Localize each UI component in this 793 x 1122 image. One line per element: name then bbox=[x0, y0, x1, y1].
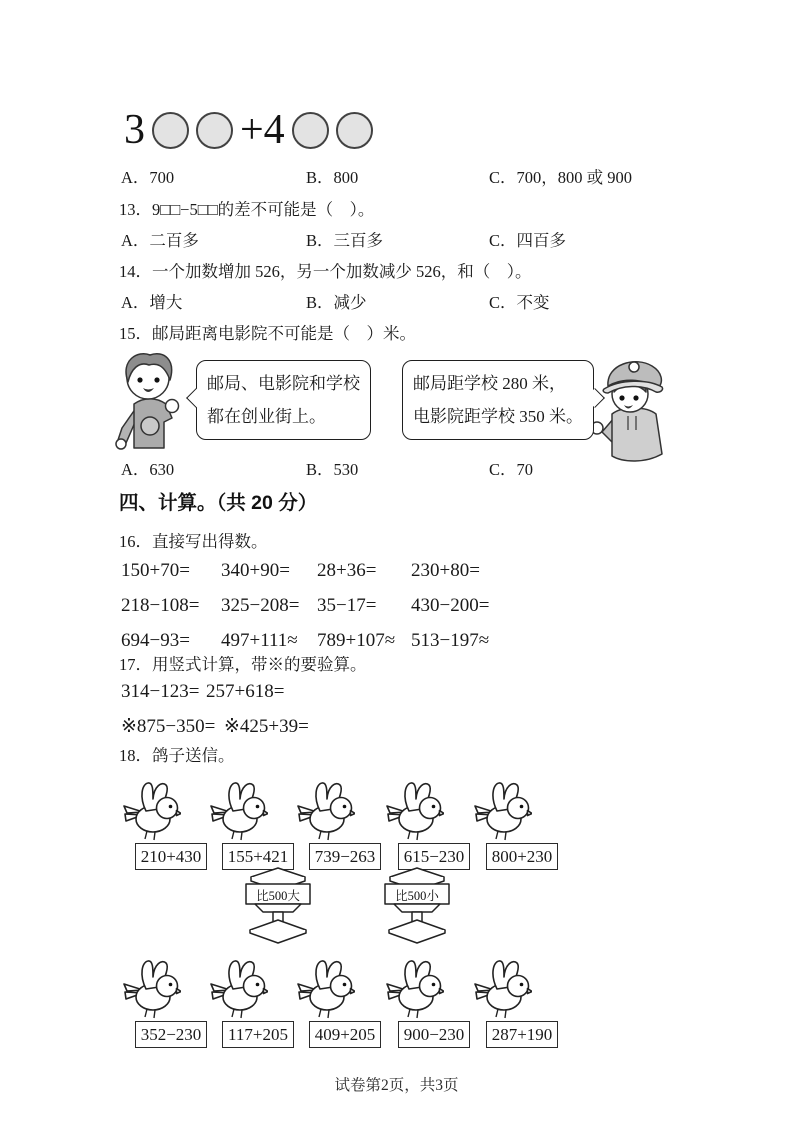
calc-item: 257+618= bbox=[206, 681, 284, 703]
pigeon-icon bbox=[121, 779, 181, 843]
question-14: 14．一个加数增加 526，另一个加数减少 526，和（ ）。 bbox=[119, 258, 532, 282]
hidden-digit-circle bbox=[292, 112, 329, 149]
calc-item: 430−200= bbox=[411, 595, 489, 617]
calc-item: 35−17= bbox=[317, 595, 376, 617]
option-b: B．三百多 bbox=[306, 227, 383, 251]
expression-card: 900−230 bbox=[398, 1021, 470, 1048]
calc-item: 150+70= bbox=[121, 560, 190, 582]
bubble-left-line1: 邮局、电影院和学校 bbox=[207, 367, 360, 400]
q14-options-row: A．增大 B．减少 C．不变 bbox=[0, 289, 793, 311]
capped-kid-illustration bbox=[588, 352, 676, 468]
expression-card: 615−230 bbox=[398, 843, 470, 870]
calc-item: 497+111≈ bbox=[221, 630, 298, 652]
pigeon-icon bbox=[472, 957, 532, 1021]
page-footer: 试卷第2页，共3页 bbox=[0, 1073, 793, 1095]
q16-row-2: 218−108= 325−208= 35−17= 430−200= bbox=[0, 595, 793, 619]
hidden-digit-circle bbox=[196, 112, 233, 149]
expression-card: 409+205 bbox=[309, 1021, 381, 1048]
pigeon-icon bbox=[384, 957, 444, 1021]
calc-item: 325−208= bbox=[221, 595, 299, 617]
section-4-title: 四、计算。（共 20 分） bbox=[119, 487, 317, 515]
pigeon-icon bbox=[295, 779, 355, 843]
question-16: 16．直接写出得数。 bbox=[119, 528, 268, 552]
hidden-digit-circle bbox=[336, 112, 373, 149]
option-a: A．增大 bbox=[121, 289, 182, 313]
option-a: A．630 bbox=[121, 456, 174, 480]
calc-item: 218−108= bbox=[121, 595, 199, 617]
expression-card: 155+421 bbox=[222, 843, 294, 870]
calc-item: 230+80= bbox=[411, 560, 480, 582]
expression-card: 287+190 bbox=[486, 1021, 558, 1048]
expression-card: 739−263 bbox=[309, 843, 381, 870]
option-c: C．700，800 或 900 bbox=[489, 164, 632, 188]
calc-item: 694−93= bbox=[121, 630, 190, 652]
question-18: 18．鸽子送信。 bbox=[119, 742, 235, 766]
exam-page: 3 +4 A．700 B．800 C．700，800 或 900 13．9□□−… bbox=[0, 0, 793, 1122]
stand-label-less: 比500小 bbox=[385, 888, 449, 905]
question-13: 13．9□□−5□□的差不可能是（ ）。 bbox=[119, 196, 374, 220]
option-b: B．530 bbox=[306, 456, 358, 480]
expression-prefix: 3 bbox=[124, 104, 145, 156]
pigeon-icon bbox=[472, 779, 532, 843]
pigeon-icon bbox=[208, 957, 268, 1021]
calc-item: 513−197≈ bbox=[411, 630, 489, 652]
bubble-left-line2: 都在创业街上。 bbox=[207, 400, 360, 433]
mailbox-stand bbox=[383, 867, 451, 945]
boy-illustration bbox=[106, 350, 190, 454]
q15-options-row: A．630 B．530 C．70 bbox=[0, 456, 793, 478]
option-c: C．四百多 bbox=[489, 227, 566, 251]
calc-item: 314−123= bbox=[121, 681, 199, 703]
pigeon-icon bbox=[384, 779, 444, 843]
q13-options-row: A．二百多 B．三百多 C．四百多 bbox=[0, 227, 793, 249]
speech-bubble-left: 邮局、电影院和学校 都在创业街上。 bbox=[196, 360, 371, 440]
question-17: 17．用竖式计算，带※的要验算。 bbox=[119, 651, 367, 675]
hidden-digit-expression: 3 +4 bbox=[124, 104, 373, 156]
option-c: C．不变 bbox=[489, 289, 550, 313]
hidden-digit-circle bbox=[152, 112, 189, 149]
option-a: A．700 bbox=[121, 164, 174, 188]
calc-item: ※425+39= bbox=[224, 715, 309, 738]
q12-options-row: A．700 B．800 C．700，800 或 900 bbox=[0, 164, 793, 186]
option-b: B．减少 bbox=[306, 289, 367, 313]
q17-row-2: ※875−350= ※425+39= bbox=[0, 715, 793, 739]
bubble-right-line2: 电影院距学校 350 米。 bbox=[413, 400, 583, 433]
bubble-right-line1: 邮局距学校 280 米， bbox=[413, 367, 583, 400]
expression-card: 210+430 bbox=[135, 843, 207, 870]
option-b: B．800 bbox=[306, 164, 358, 188]
stand-label-greater: 比500大 bbox=[246, 888, 310, 905]
q16-row-1: 150+70= 340+90= 28+36= 230+80= bbox=[0, 560, 793, 584]
calc-item: 340+90= bbox=[221, 560, 290, 582]
expression-card: 800+230 bbox=[486, 843, 558, 870]
pigeon-icon bbox=[295, 957, 355, 1021]
option-a: A．二百多 bbox=[121, 227, 199, 251]
speech-bubble-right: 邮局距学校 280 米， 电影院距学校 350 米。 bbox=[402, 360, 594, 440]
option-c: C．70 bbox=[489, 456, 533, 480]
q17-row-1: 314−123= 257+618= bbox=[0, 681, 793, 705]
expression-mid: +4 bbox=[240, 104, 285, 156]
calc-item: 789+107≈ bbox=[317, 630, 395, 652]
mailbox-stand bbox=[244, 867, 312, 945]
expression-card: 117+205 bbox=[222, 1021, 294, 1048]
calc-item: ※875−350= bbox=[121, 715, 215, 738]
calc-item: 28+36= bbox=[317, 560, 376, 582]
pigeon-icon bbox=[208, 779, 268, 843]
pigeon-icon bbox=[121, 957, 181, 1021]
question-15: 15．邮局距离电影院不可能是（ ）米。 bbox=[119, 320, 416, 344]
expression-card: 352−230 bbox=[135, 1021, 207, 1048]
